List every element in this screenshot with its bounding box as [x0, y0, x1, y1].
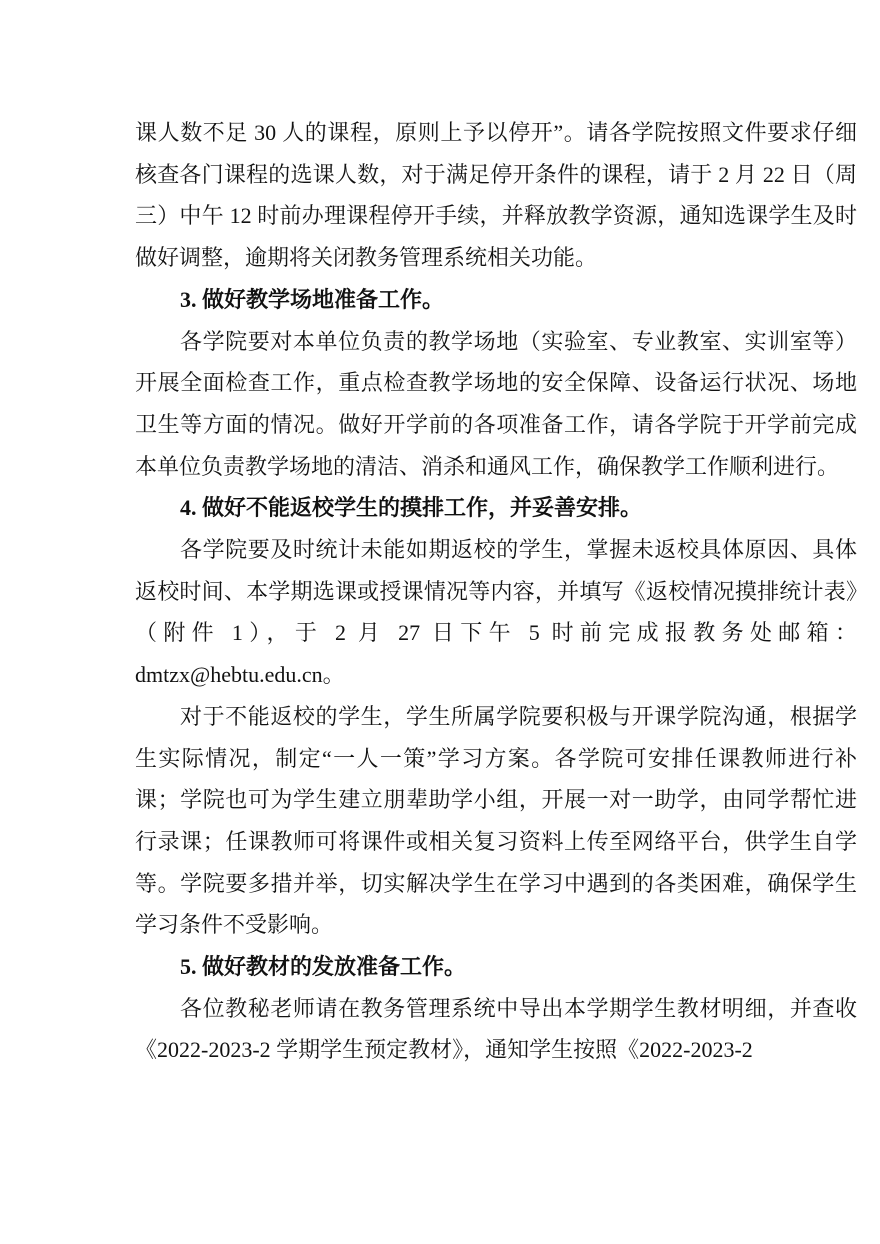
- heading-section-5-textbook-distribution: 5. 做好教材的发放准备工作。: [135, 946, 857, 988]
- paragraph-course-cancellation-continuation: 课人数不足 30 人的课程，原则上予以停开”。请各学院按照文件要求仔细核查各门课…: [135, 112, 857, 279]
- document-body: 课人数不足 30 人的课程，原则上予以停开”。请各学院按照文件要求仔细核查各门课…: [135, 112, 857, 1071]
- paragraph-one-student-one-plan: 对于不能返校的学生，学生所属学院要积极与开课学院沟通，根据学生实际情况，制定“一…: [135, 696, 857, 946]
- heading-section-3-teaching-venues: 3. 做好教学场地准备工作。: [135, 279, 857, 321]
- paragraph-textbook-export: 各位教秘老师请在教务管理系统中导出本学期学生教材明细，并查收《2022-2023…: [135, 988, 857, 1071]
- paragraph-return-status-survey: 各学院要及时统计未能如期返校的学生，掌握未返校具体原因、具体返校时间、本学期选课…: [135, 529, 857, 696]
- document-page: 课人数不足 30 人的课程，原则上予以停开”。请各学院按照文件要求仔细核查各门课…: [0, 0, 880, 1244]
- heading-section-4-students-unable-to-return: 4. 做好不能返校学生的摸排工作，并妥善安排。: [135, 487, 857, 529]
- paragraph-teaching-venue-inspection: 各学院要对本单位负责的教学场地（实验室、专业教室、实训室等）开展全面检查工作，重…: [135, 321, 857, 488]
